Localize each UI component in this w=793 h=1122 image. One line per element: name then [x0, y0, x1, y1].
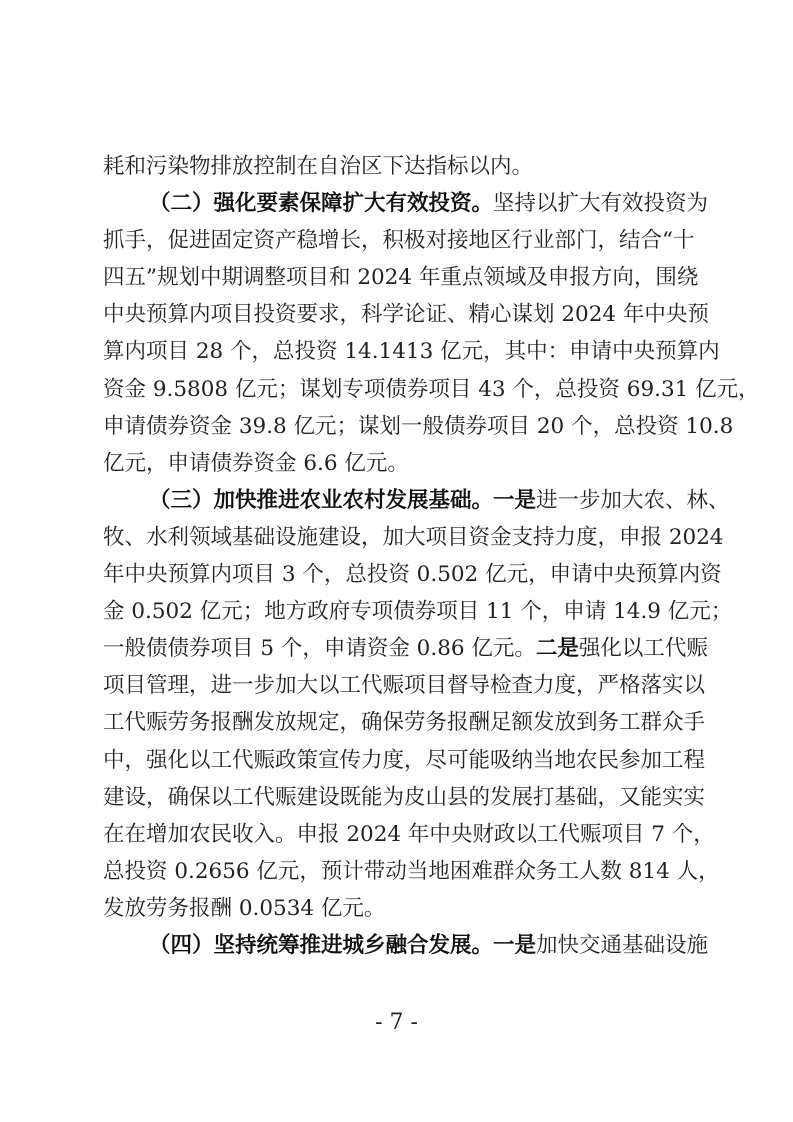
bold-heading-text: 一是: [493, 488, 536, 513]
text-line: 耗和污染物排放控制在自治区下达指标以内。: [103, 148, 693, 185]
body-text: 总投资 0.2656 亿元，预计带动当地困难群众务工人数 814 人，: [103, 859, 720, 884]
body-text: 发放劳务报酬 0.0534 亿元。: [103, 896, 385, 921]
body-text: 资金 9.5808 亿元；谋划专项债券项目 43 个，总投资 69.31 亿元，: [103, 377, 760, 402]
text-line: 总投资 0.2656 亿元，预计带动当地困难群众务工人数 814 人，: [103, 853, 693, 890]
text-line: 亿元，申请债券资金 6.6 亿元。: [103, 445, 693, 482]
body-text: 建设，确保以工代赈建设既能为皮山县的发展打基础，又能实实: [103, 785, 705, 810]
body-text: 算内项目 28 个，总投资 14.1413 亿元，其中：申请中央预算内: [103, 339, 720, 364]
body-text: 项目管理，进一步加大以工代赈项目督导检查力度，严格落实以: [103, 673, 705, 698]
text-line: 项目管理，进一步加大以工代赈项目督导检查力度，严格落实以: [103, 667, 693, 704]
text-line: 年中央预算内项目 3 个，总投资 0.502 亿元，申请中央预算内资: [103, 556, 693, 593]
text-line: （二）强化要素保障扩大有效投资。坚持以扩大有效投资为: [103, 185, 693, 222]
text-line: （四）坚持统筹推进城乡融合发展。一是加快交通基础设施: [103, 927, 693, 964]
text-line: 建设，确保以工代赈建设既能为皮山县的发展打基础，又能实实: [103, 779, 693, 816]
body-text: 抓手，促进固定资产稳增长，积极对接地区行业部门，结合“十: [103, 228, 695, 253]
body-text: 耗和污染物排放控制在自治区下达指标以内。: [103, 154, 533, 179]
body-text: 坚持以扩大有效投资为: [493, 191, 708, 216]
body-text: 中，强化以工代赈政策宣传力度，尽可能吸纳当地农民参加工程: [103, 748, 705, 773]
body-text: 加快交通基础设施: [536, 933, 708, 958]
body-text: 中央预算内项目投资要求，科学论证、精心谋划 2024 年中央预: [103, 302, 709, 327]
text-line: 中央预算内项目投资要求，科学论证、精心谋划 2024 年中央预: [103, 296, 693, 333]
text-line: 金 0.502 亿元；地方政府专项债券项目 11 个，申请 14.9 亿元；: [103, 593, 693, 630]
body-text: 进一步加大农、林、: [536, 488, 730, 513]
text-line: 抓手，促进固定资产稳增长，积极对接地区行业部门，结合“十: [103, 222, 693, 259]
bold-heading-text: 一是: [493, 933, 536, 958]
body-text: 一般债债券项目 5 个，申请资金 0.86 亿元。: [103, 636, 536, 661]
text-line: 发放劳务报酬 0.0534 亿元。: [103, 890, 693, 927]
document-body: 耗和污染物排放控制在自治区下达指标以内。（二）强化要素保障扩大有效投资。坚持以扩…: [103, 148, 693, 964]
text-line: 申请债券资金 39.8 亿元；谋划一般债券项目 20 个，总投资 10.8: [103, 408, 693, 445]
text-line: 一般债债券项目 5 个，申请资金 0.86 亿元。二是强化以工代赈: [103, 630, 693, 667]
body-text: 牧、水利领域基础设施建设，加大项目资金支持力度，申报 2024: [103, 525, 724, 550]
text-line: 中，强化以工代赈政策宣传力度，尽可能吸纳当地农民参加工程: [103, 742, 693, 779]
page-number: - 7 -: [0, 1010, 793, 1035]
body-text: 强化以工代赈: [579, 636, 708, 661]
text-line: 工代赈劳务报酬发放规定，确保劳务报酬足额发放到务工群众手: [103, 704, 693, 741]
body-text: 四五”规划中期调整项目和 2024 年重点领域及申报方向，围绕: [103, 265, 698, 290]
text-line: 资金 9.5808 亿元；谋划专项债券项目 43 个，总投资 69.31 亿元，: [103, 371, 693, 408]
text-line: 牧、水利领域基础设施建设，加大项目资金支持力度，申报 2024: [103, 519, 693, 556]
text-line: 四五”规划中期调整项目和 2024 年重点领域及申报方向，围绕: [103, 259, 693, 296]
text-line: 在在增加农民收入。申报 2024 年中央财政以工代赈项目 7 个，: [103, 816, 693, 853]
bold-heading-text: （二）强化要素保障扩大有效投资。: [149, 191, 493, 216]
body-text: 在在增加农民收入。申报 2024 年中央财政以工代赈项目 7 个，: [103, 822, 715, 847]
body-text: 亿元，申请债券资金 6.6 亿元。: [103, 451, 409, 476]
body-text: 工代赈劳务报酬发放规定，确保劳务报酬足额发放到务工群众手: [103, 710, 705, 735]
body-text: 申请债券资金 39.8 亿元；谋划一般债券项目 20 个，总投资 10.8: [103, 414, 733, 439]
bold-heading-text: 二是: [536, 636, 579, 661]
text-line: （三）加快推进农业农村发展基础。一是进一步加大农、林、: [103, 482, 693, 519]
bold-heading-text: （三）加快推进农业农村发展基础。: [149, 488, 493, 513]
body-text: 金 0.502 亿元；地方政府专项债券项目 11 个，申请 14.9 亿元；: [103, 599, 732, 624]
bold-heading-text: （四）坚持统筹推进城乡融合发展。: [149, 933, 493, 958]
text-line: 算内项目 28 个，总投资 14.1413 亿元，其中：申请中央预算内: [103, 333, 693, 370]
body-text: 年中央预算内项目 3 个，总投资 0.502 亿元，申请中央预算内资: [103, 562, 722, 587]
